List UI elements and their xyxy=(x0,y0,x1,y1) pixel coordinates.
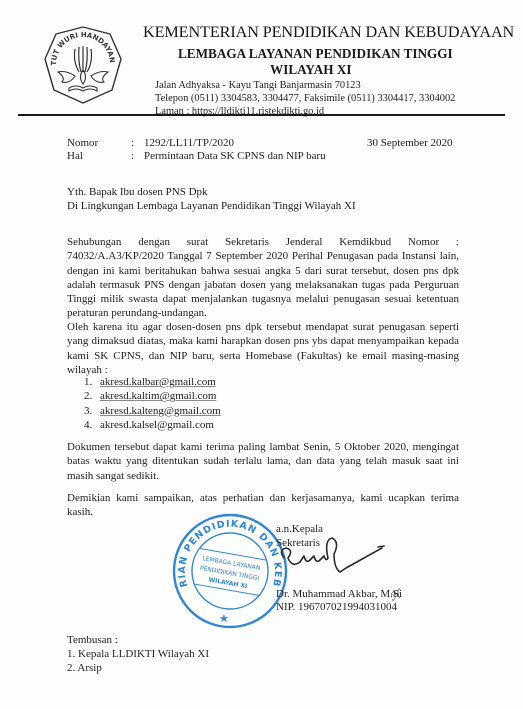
email-list-item: 4.akresd.kalsel@gmail.com xyxy=(84,418,221,432)
email-text-kalsel: akresd.kalsel@gmail.com xyxy=(100,419,214,431)
letterhead-divider xyxy=(18,114,505,116)
number-colon: : xyxy=(131,137,134,149)
signatory-nip: NIP. 196707021994031004 xyxy=(276,601,397,613)
email-link-kalbar[interactable]: akresd.kalbar@gmail.com xyxy=(100,376,216,388)
body-paragraph-2: Oleh karena itu agar dosen-dosen pns dpk… xyxy=(67,320,459,377)
addressee-line-2: Di Lingkungan Lembaga Layanan Pendidikan… xyxy=(67,200,356,212)
tut-wuri-handayani-logo-icon: TUT WURI HANDAYANI xyxy=(42,24,124,106)
cc-title: Tembusan : xyxy=(67,634,118,646)
handwritten-signature-icon xyxy=(270,528,440,583)
email-link-kalteng[interactable]: akresd.kalteng@gmail.com xyxy=(100,405,221,417)
email-list: 1.akresd.kalbar@gmail.com 2.akresd.kalti… xyxy=(84,375,221,432)
region-name: WILAYAH XI xyxy=(270,62,351,78)
agency-name: LEMBAGA LAYANAN PENDIDIKAN TINGGI xyxy=(0,46,523,62)
address: Jalan Adhyaksa - Kayu Tangi Banjarmasin … xyxy=(155,80,361,91)
email-link-kaltim[interactable]: akresd.kaltim@gmail.com xyxy=(100,390,216,402)
cc-item: 1. Kepala LLDIKTI Wilayah XI xyxy=(67,648,209,660)
letter-page: TUT WURI HANDAYANI KEMENTERIAN PENDIDIKA… xyxy=(0,0,523,709)
subject-colon: : xyxy=(131,150,134,162)
letter-subject: Permintaan Data SK CPNS dan NIP baru xyxy=(144,150,326,162)
svg-text:★: ★ xyxy=(219,612,229,625)
addressee-line-1: Yth. Bapak Ibu dosen PNS Dpk xyxy=(67,186,208,198)
number-label: Nomor xyxy=(67,137,98,149)
letter-number: 1292/LL11/TP/2020 xyxy=(144,137,234,149)
email-list-item: 2.akresd.kaltim@gmail.com xyxy=(84,389,221,403)
subject-label: Hal xyxy=(67,150,83,162)
email-list-item: 1.akresd.kalbar@gmail.com xyxy=(84,375,221,389)
phone-fax: Telepon (0511) 3304583, 3304477, Faksimi… xyxy=(155,93,455,104)
ministry-name: KEMENTERIAN PENDIDIKAN DAN KEBUDAYAAN xyxy=(143,23,514,42)
body-paragraph-1: Sehubungan dengan surat Sekretaris Jende… xyxy=(67,235,459,321)
letter-date: 30 September 2020 xyxy=(367,137,453,149)
body-paragraph-3: Dokumen tersebut dapat kami terima palin… xyxy=(67,440,459,483)
signatory-name: Dr. Muhammad Akbar, M.Si xyxy=(276,588,402,600)
svg-text:KEMENTERIAN PENDIDIKAN DAN KEB: KEMENTERIAN PENDIDIKAN DAN KEBUDAYAAN xyxy=(170,510,283,588)
cc-item: 2. Arsip xyxy=(67,662,102,674)
email-list-item: 3.akresd.kalteng@gmail.com xyxy=(84,404,221,418)
